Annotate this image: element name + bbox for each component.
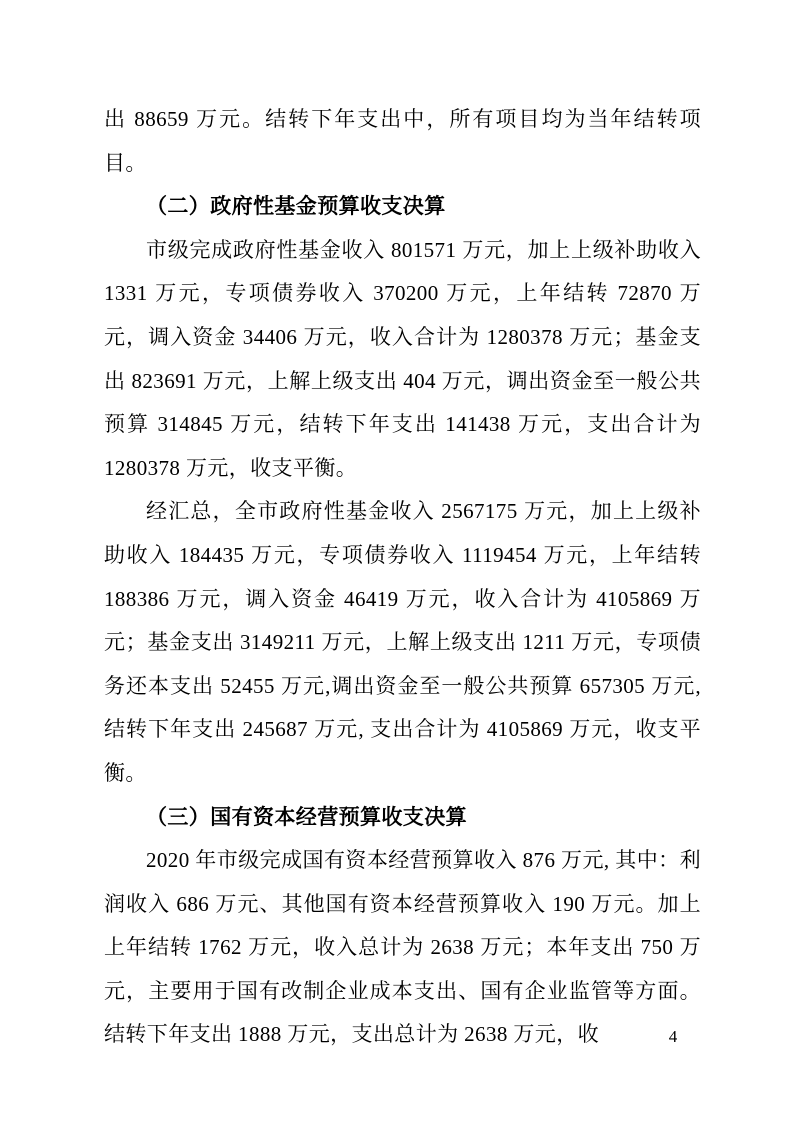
section-heading-government-funds: （二）政府性基金预算收支决算: [104, 185, 701, 229]
paragraph-state-owned-capital-budget: 2020 年市级完成国有资本经营预算收入 876 万元, 其中：利润收入 686…: [104, 839, 701, 1057]
paragraph-citywide-government-funds: 经汇总，全市政府性基金收入 2567175 万元，加上上级补助收入 184435…: [104, 490, 701, 795]
document-body: 出 88659 万元。结转下年支出中，所有项目均为当年结转项目。 （二）政府性基…: [104, 98, 701, 1057]
paragraph-city-level-government-funds: 市级完成政府性基金收入 801571 万元，加上上级补助收入 1331 万元，专…: [104, 229, 701, 491]
document-page: 出 88659 万元。结转下年支出中，所有项目均为当年结转项目。 （二）政府性基…: [0, 0, 793, 1122]
page-number: 4: [658, 1026, 688, 1048]
section-heading-state-owned-capital: （三）国有资本经营预算收支决算: [104, 796, 701, 840]
paragraph-continuation: 出 88659 万元。结转下年支出中，所有项目均为当年结转项目。: [104, 98, 701, 185]
